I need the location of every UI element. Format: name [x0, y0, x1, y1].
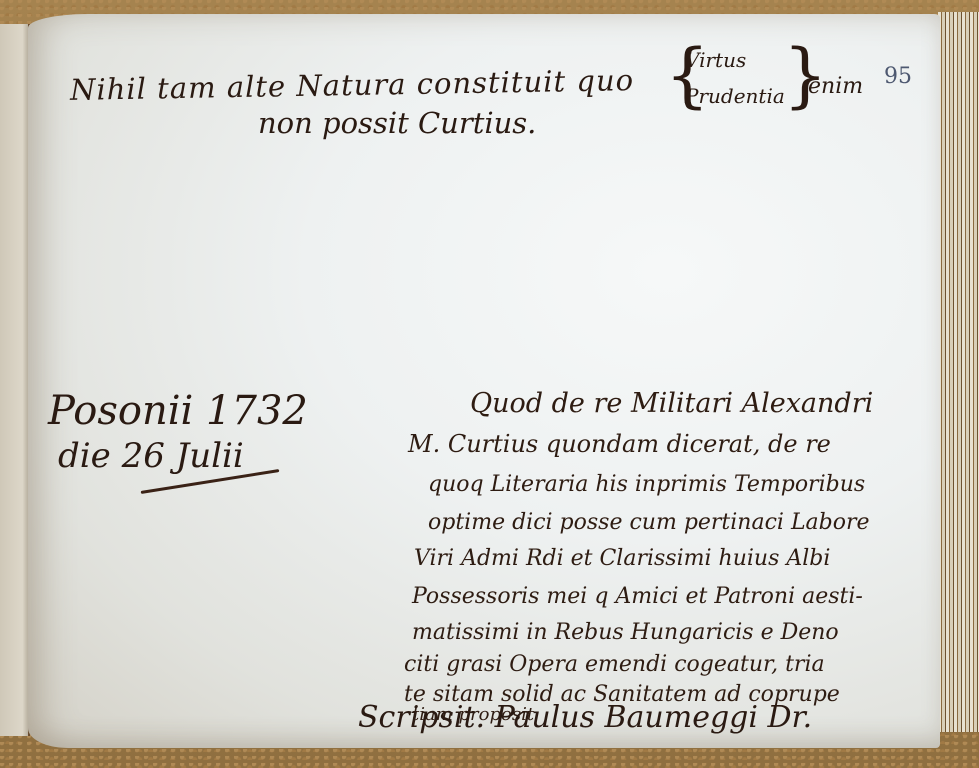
- page-number: 95: [884, 64, 912, 89]
- left-page-edge: [0, 24, 30, 736]
- brace-option-top: Virtus: [685, 48, 746, 72]
- stacked-page-edges: [938, 12, 979, 732]
- body-line-4: optime dici posse cum pertinaci Labore: [428, 510, 870, 535]
- body-line-2: M. Curtius quondam dicerat, de re: [408, 430, 831, 458]
- brace-option-bottom: Prudentia: [685, 84, 785, 108]
- motto-line-1-end: enim: [808, 74, 863, 99]
- body-line-3: quoq Literaria his inprimis Temporibus: [428, 472, 865, 497]
- body-line-7: matissimi in Rebus Hungaricis e Deno: [412, 620, 839, 645]
- body-line-5: Viri Admi Rdi et Clarissimi huius Albi: [414, 546, 830, 571]
- body-line-8: citi grasi Opera emendi cogeatur, tria: [404, 652, 825, 677]
- place-date-line-1: Posonii 1732: [48, 388, 308, 434]
- motto-line-2: non possit Curtius.: [258, 106, 536, 140]
- place-date-line-2: die 26 Julii: [58, 436, 244, 476]
- signature: Scripsit. Paulus Baumeggi Dr.: [358, 700, 812, 735]
- body-line-6: Possessoris mei q Amici et Patroni aesti…: [412, 584, 863, 609]
- body-line-1: Quod de re Militari Alexandri: [470, 388, 873, 419]
